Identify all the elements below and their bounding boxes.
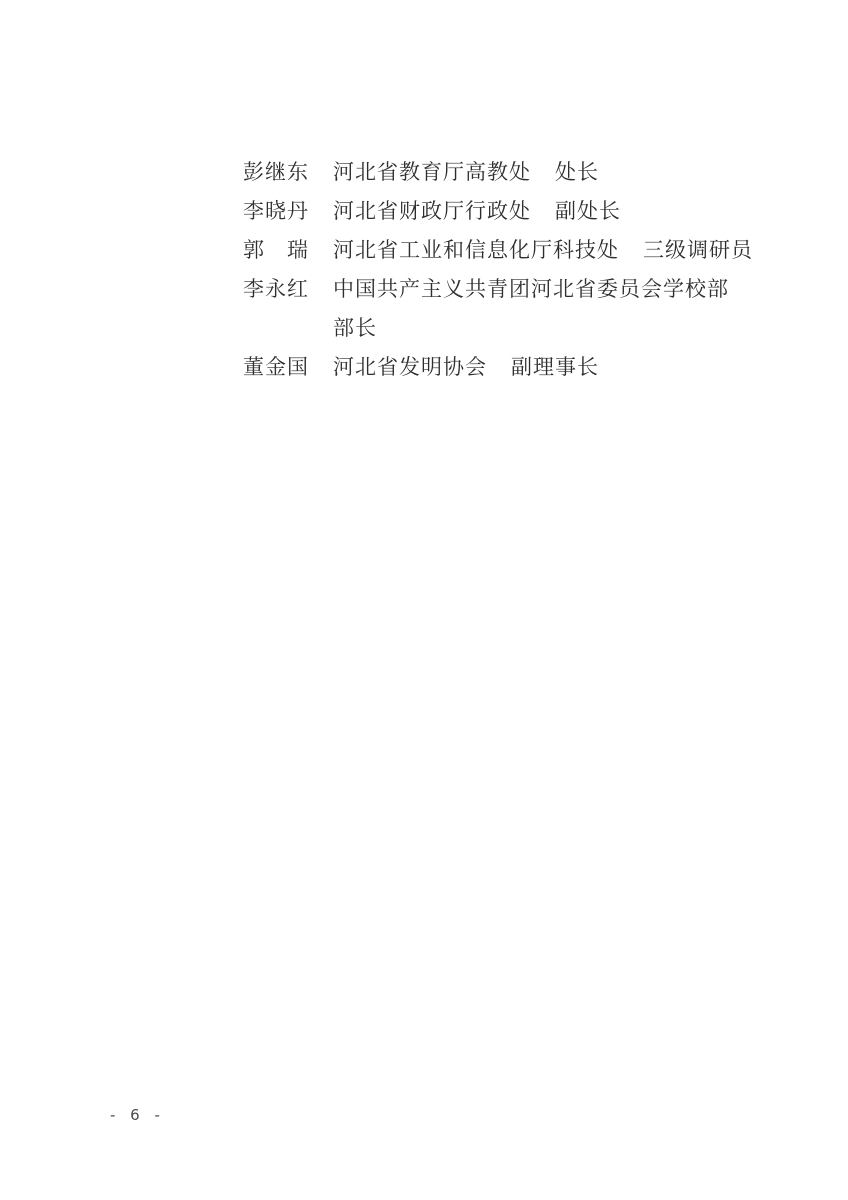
- roster-entry: 郭 瑞河北省工业和信息化厅科技处三级调研员: [243, 231, 803, 270]
- person-description: 中国共产主义共青团河北省委员会学校部部长: [333, 270, 729, 348]
- roster-entry: 董金国河北省发明协会副理事长: [243, 348, 803, 387]
- person-affiliation: 中国共产主义共青团河北省委员会学校部: [333, 277, 729, 301]
- person-title: 副处长: [555, 199, 621, 223]
- roster-entry: 彭继东河北省教育厅高教处处长: [243, 153, 803, 192]
- roster-list: 彭继东河北省教育厅高教处处长李晓丹河北省财政厅行政处副处长郭 瑞河北省工业和信息…: [243, 153, 803, 387]
- roster-entry: 李晓丹河北省财政厅行政处副处长: [243, 192, 803, 231]
- page-number: - 6 -: [110, 1106, 165, 1124]
- person-description: 河北省工业和信息化厅科技处三级调研员: [333, 231, 753, 270]
- person-name: 李永红: [243, 270, 309, 309]
- person-affiliation: 河北省发明协会: [333, 355, 487, 379]
- person-affiliation: 河北省财政厅行政处: [333, 199, 531, 223]
- person-name: 李晓丹: [243, 192, 309, 231]
- person-name: 郭 瑞: [243, 231, 309, 270]
- person-affiliation: 河北省教育厅高教处: [333, 160, 531, 184]
- person-description: 河北省教育厅高教处处长: [333, 153, 599, 192]
- person-name: 彭继东: [243, 153, 309, 192]
- person-description: 河北省发明协会副理事长: [333, 348, 599, 387]
- person-title: 副理事长: [511, 355, 599, 379]
- person-name: 董金国: [243, 348, 309, 387]
- person-affiliation: 河北省工业和信息化厅科技处: [333, 238, 619, 262]
- document-page: 彭继东河北省教育厅高教处处长李晓丹河北省财政厅行政处副处长郭 瑞河北省工业和信息…: [0, 0, 848, 1200]
- person-title: 处长: [555, 160, 599, 184]
- person-description: 河北省财政厅行政处副处长: [333, 192, 621, 231]
- person-title: 三级调研员: [643, 238, 753, 262]
- person-title: 部长: [333, 309, 729, 348]
- roster-entry: 李永红中国共产主义共青团河北省委员会学校部部长: [243, 270, 803, 348]
